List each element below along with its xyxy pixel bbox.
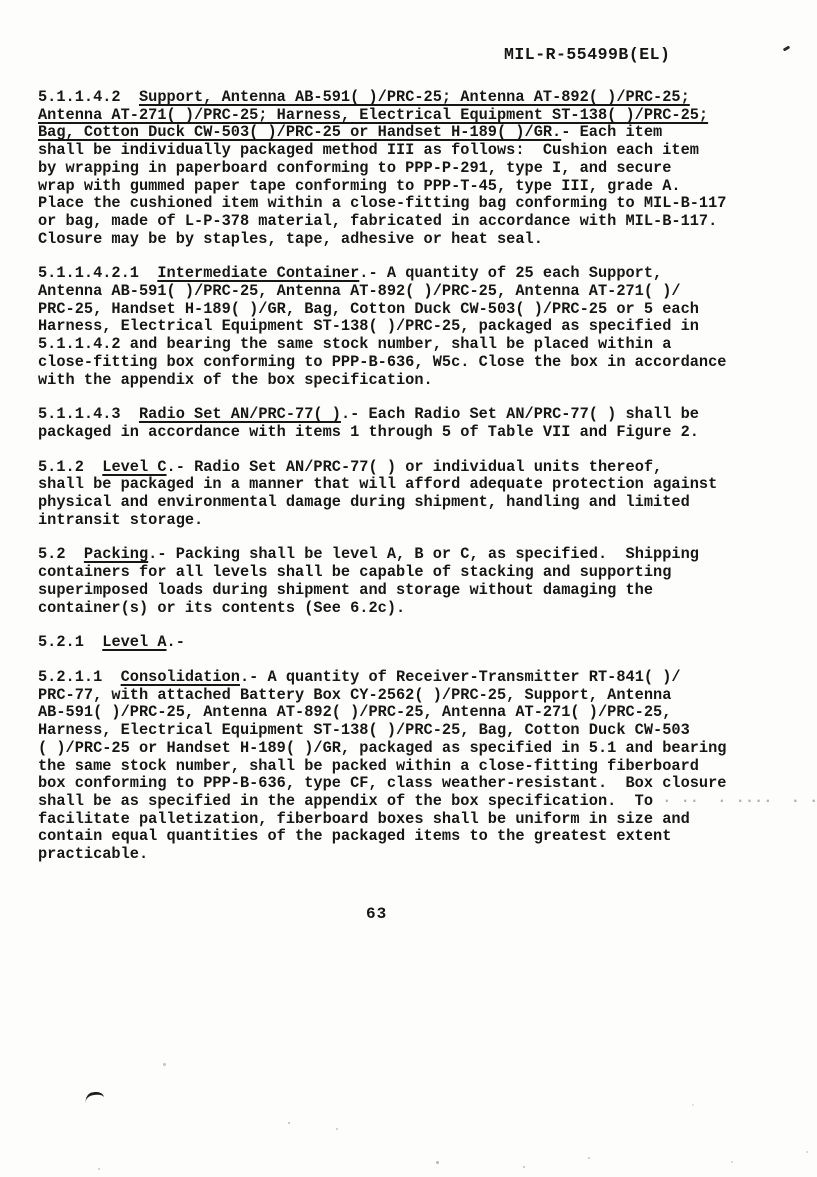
scan-artifact [731,1161,733,1163]
paragraph-5.1.1.4.3: 5.1.1.4.3 Radio Set AN/PRC-77( ).- Each … [38,406,798,441]
scan-artifact [436,1161,439,1164]
text-line: contain equal quantities of the packaged… [38,828,798,846]
paragraph-5.2.1: 5.2.1 Level A.- [38,634,798,652]
text-line: Closure may be by staples, tape, adhesiv… [38,231,798,249]
text-line: 5.1.2 Level C.- Radio Set AN/PRC-77( ) o… [38,459,798,477]
paragraph-5.1.1.4.2.1: 5.1.1.4.2.1 Intermediate Container.- A q… [38,265,798,389]
scan-artifact [783,45,791,51]
paragraph-5.2.1.1: 5.2.1.1 Consolidation.- A quantity of Re… [38,669,798,864]
text-line: Place the cushioned item within a close-… [38,195,798,213]
text-line: intransit storage. [38,512,798,530]
text-line: PRC-77, with attached Battery Box CY-256… [38,687,798,705]
text-line: shall be packaged in a manner that will … [38,476,798,494]
text-line: Harness, Electrical Equipment ST-138( )/… [38,722,798,740]
text-line: by wrapping in paperboard conforming to … [38,160,798,178]
paragraph-5.1.2: 5.1.2 Level C.- Radio Set AN/PRC-77( ) o… [38,459,798,530]
text-line: PRC-25, Handset H-189( )/GR, Bag, Cotton… [38,301,798,319]
text-line: packaged in accordance with items 1 thro… [38,424,798,442]
text-line: Harness, Electrical Equipment ST-138( )/… [38,318,798,336]
scan-artifact [588,1157,590,1159]
paragraph-5.1.1.4.2: 5.1.1.4.2 Support, Antenna AB-591( )/PRC… [38,89,798,248]
text-line: or bag, made of L-P-378 material, fabric… [38,213,798,231]
document-id-header: MIL-R-55499B(EL) [504,45,670,64]
text-line: shall be individually packaged method II… [38,142,798,160]
text-line: 5.1.1.4.3 Radio Set AN/PRC-77( ).- Each … [38,406,798,424]
text-line: with the appendix of the box specificati… [38,372,798,390]
document-body: 5.1.1.4.2 Support, Antenna AB-591( )/PRC… [38,89,798,864]
text-line: physical and environmental damage during… [38,494,798,512]
text-line: AB-591( )/PRC-25, Antenna AT-892( )/PRC-… [38,704,798,722]
scan-artifact [163,1063,166,1066]
text-line: box conforming to PPP-B-636, type CF, cl… [38,775,798,793]
scan-artifact [523,1166,525,1168]
text-line: container(s) or its contents (See 6.2c). [38,600,798,618]
text-line: the same stock number, shall be packed w… [38,758,798,776]
text-line: Antenna AT-271( )/PRC-25; Harness, Elect… [38,107,798,125]
scan-artifact [288,1122,290,1124]
text-line: ( )/PRC-25 or Handset H-189( )/GR, packa… [38,740,798,758]
text-line: 5.2 Packing.- Packing shall be level A, … [38,546,798,564]
text-line: Bag, Cotton Duck CW-503( )/PRC-25 or Han… [38,124,798,142]
text-line: facilitate palletization, fiberboard box… [38,811,798,829]
scan-artifact [84,1091,104,1103]
text-line: practicable. [38,846,798,864]
scan-artifact [98,1168,100,1170]
text-line: wrap with gummed paper tape conforming t… [38,178,798,196]
text-line: 5.2.1.1 Consolidation.- A quantity of Re… [38,669,798,687]
text-line: 5.1.1.4.2 Support, Antenna AB-591( )/PRC… [38,89,798,107]
scan-artifact [806,1151,808,1153]
text-line: containers for all levels shall be capab… [38,564,798,582]
text-line: Antenna AB-591( )/PRC-25, Antenna AT-892… [38,283,798,301]
text-line: shall be as specified in the appendix of… [38,793,798,811]
scan-artifact [692,1104,694,1106]
text-line: 5.1.1.4.2 and bearing the same stock num… [38,336,798,354]
page-number: 63 [366,905,387,923]
text-line: 5.2.1 Level A.- [38,634,798,652]
text-line: 5.1.1.4.2.1 Intermediate Container.- A q… [38,265,798,283]
text-line: superimposed loads during shipment and s… [38,582,798,600]
scan-artifact [336,1128,338,1130]
text-line: close-fitting box conforming to PPP-B-63… [38,354,798,372]
paragraph-5.2: 5.2 Packing.- Packing shall be level A, … [38,546,798,617]
document-page: MIL-R-55499B(EL) 5.1.1.4.2 Support, Ante… [0,0,817,1177]
